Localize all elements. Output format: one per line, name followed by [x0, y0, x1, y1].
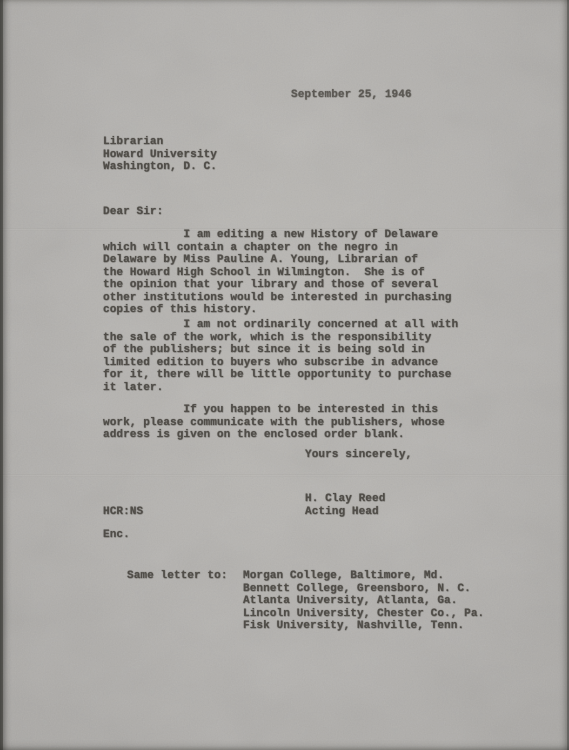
complimentary-close: Yours sincerely, [305, 449, 412, 462]
distribution-list-label: Same letter to: [127, 570, 228, 583]
distribution-list-entries: Morgan College, Baltimore, Md. Bennett C… [243, 570, 484, 633]
letter-date: September 25, 1946 [291, 89, 412, 102]
typist-reference: HCR:NS [103, 506, 143, 519]
salutation: Dear Sir: [103, 206, 163, 219]
recipient-address: Librarian Howard University Washington, … [103, 136, 217, 174]
body-paragraph-3: If you happen to be interested in this w… [103, 404, 445, 442]
letter-paper-sheet: September 25, 1946 Librarian Howard Univ… [0, 0, 569, 750]
signature-block: H. Clay Reed Acting Head [305, 493, 385, 518]
enclosure-notation: Enc. [103, 529, 130, 542]
body-paragraph-2: I am not ordinarily concerned at all wit… [103, 319, 458, 394]
body-paragraph-1: I am editing a new History of Delaware w… [103, 229, 451, 317]
paper-crease-line [0, 474, 569, 477]
